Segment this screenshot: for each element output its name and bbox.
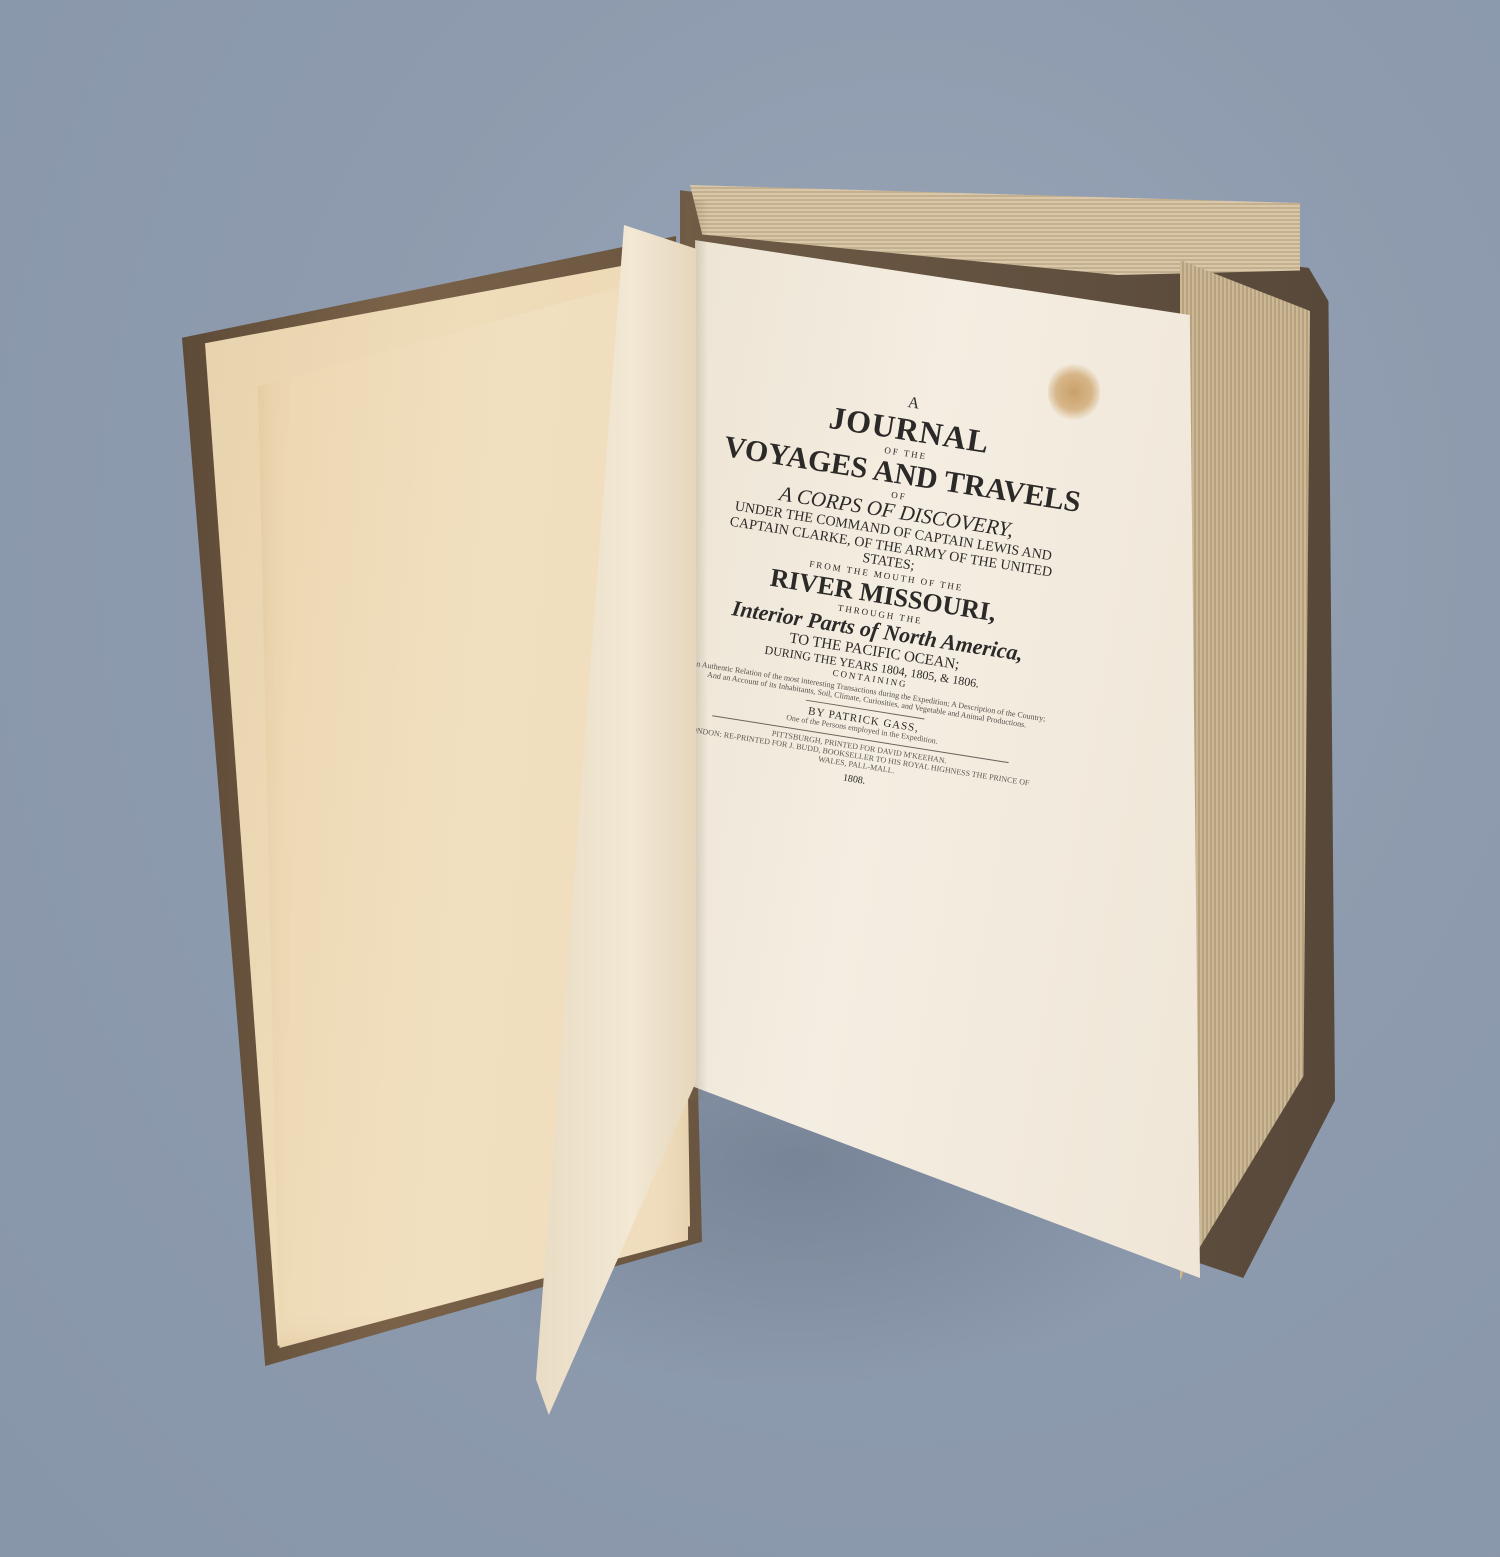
title-page-text: A JOURNAL OF THE VOYAGES AND TRAVELS OF …	[670, 366, 1097, 814]
foxing-stain	[1048, 362, 1100, 422]
